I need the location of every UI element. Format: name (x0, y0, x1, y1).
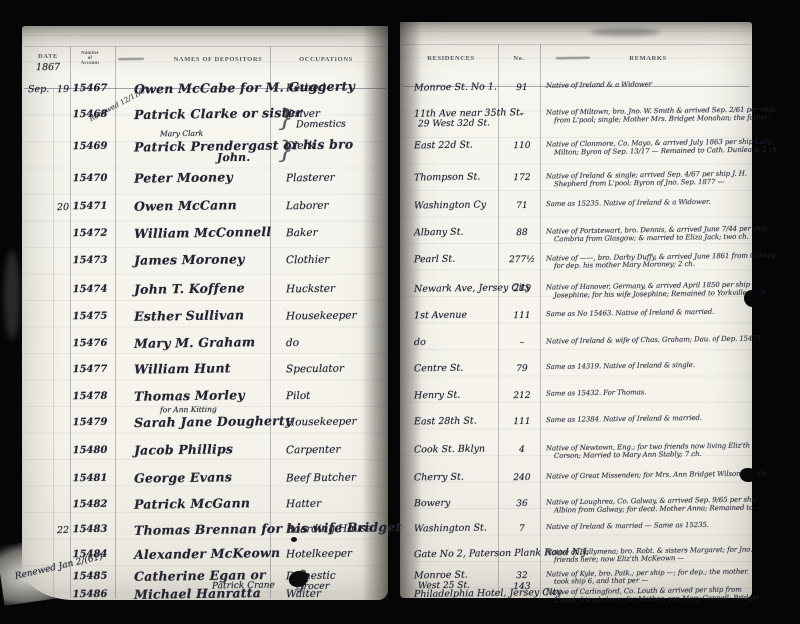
house-number: 88 (504, 228, 540, 239)
account-number: 15475 (68, 311, 112, 323)
entries-layer: Sep.1915467Owen McCabe for M. GuggertyRe… (0, 0, 800, 624)
remark: Same as 15235. Native of Ireland & a Wid… (546, 198, 711, 208)
account-number: 15479 (68, 417, 112, 429)
depositor-name: Michael Hanratta (134, 585, 261, 602)
residence: Pearl St. (414, 254, 455, 266)
house-number: 111 (504, 311, 540, 322)
depositor-name-2: John. (217, 151, 251, 164)
occupation: Baker (286, 227, 318, 239)
brace-mark: } (278, 104, 294, 132)
house-number: – (504, 338, 540, 349)
account-number: 15473 (68, 255, 112, 267)
residence: Cherry St. (414, 472, 464, 484)
remark: Same as 15432. For Thomas. (546, 388, 646, 397)
depositor-name: William Hunt (134, 360, 231, 376)
occupation: Laborer (286, 200, 329, 213)
occupation: Huckster (286, 283, 335, 296)
entry-date-month: Sep. (28, 84, 49, 95)
remark-2: Cambria from Glasgow; & married to Eliza… (554, 233, 749, 244)
house-number: 111 (504, 417, 540, 428)
residence: East 28th St. (414, 416, 477, 428)
brace-mark: } (278, 136, 294, 164)
remark: Native of Ireland & a Widower (546, 80, 652, 89)
account-number: 15467 (68, 83, 112, 95)
account-number: 15486 (68, 589, 112, 601)
house-number: 71 (504, 201, 540, 212)
residence: Centre St. (414, 363, 464, 375)
house-number: 36 (504, 499, 540, 510)
remark-2: for dep. his mother Mary Moroney; 2 ch. (554, 260, 695, 270)
residence-2: 29 West 32d St. (418, 118, 490, 129)
remark: Same as No 15463. Native of Ireland & ma… (546, 308, 714, 318)
residence: Philadelphia Hotel, Jersey City (414, 587, 562, 600)
occupation: Housekeeper (286, 310, 357, 323)
remark-2: Josephine; for his wife Josephine; Remai… (554, 289, 768, 300)
ledger-scan: DATE 1867 Number of Account NAMES OF DEP… (0, 0, 800, 624)
account-number: 15474 (68, 284, 112, 296)
depositor-name: George Evans (134, 469, 232, 485)
depositor-name: John T. Koffene (134, 280, 245, 297)
occupation: Hotelkeeper (286, 548, 352, 561)
account-number: 15470 (68, 173, 112, 185)
occupation: Pilot (286, 390, 310, 402)
occupation: Plasterer (286, 172, 335, 185)
house-number: 172 (504, 173, 540, 184)
residence: Monroe St. No 1. (414, 81, 497, 93)
house-number: 240 (504, 473, 540, 484)
house-number: 7 (504, 524, 540, 535)
remark: Same as 14319. Native of Ireland & singl… (546, 361, 695, 371)
occupation: Housekeeper (286, 416, 357, 429)
occupation: Waiter (286, 588, 321, 600)
residence: Albany St. (414, 227, 464, 239)
residence: Washington Cy (414, 199, 486, 211)
occupation: Carpenter (286, 444, 341, 457)
residence: 1st Avenue (414, 310, 467, 322)
house-number: 212 (504, 391, 540, 402)
account-number: 15483 (68, 524, 112, 536)
remark-2: from L'pool; single; Mother Mrs. Bridget… (554, 113, 769, 124)
remark: Same as 12384. Native of Ireland & marri… (546, 414, 702, 424)
occupation: Beef Butcher (286, 472, 356, 485)
account-number: 15481 (68, 473, 112, 485)
residence: Cook St. Bklyn (414, 444, 485, 456)
residence: Monroe St. (414, 570, 468, 582)
remark: Native of Ireland & married — Same as 15… (546, 521, 709, 531)
occupation: Clothier (286, 254, 329, 267)
occupation: do (286, 337, 299, 349)
house-number: – (504, 109, 540, 120)
depositor-name: Esther Sullivan (134, 307, 244, 324)
house-number: 277½ (504, 255, 540, 266)
occupation-2: Domestics (296, 119, 346, 131)
depositor-name: Owen McCann (134, 197, 237, 213)
remark-2: L'pool; friends here; for Mother; son Ma… (554, 594, 761, 605)
account-number: 15471 (68, 201, 112, 213)
remark-2: Corson; Married to Mary Ann Stably; 7 ch… (554, 450, 702, 460)
depositor-name: William McConnell (134, 224, 271, 241)
depositor-name: Jacob Phillips (134, 441, 233, 457)
remark-2: Milton; Byron of Sep. 13/17 — Remained t… (554, 145, 779, 156)
remark-2: Shepherd from L'pool; Byron of Jno. Sep.… (554, 178, 725, 188)
occupation: Speculator (286, 363, 344, 376)
house-number: 110 (504, 141, 540, 152)
residence: Thompson St. (414, 172, 480, 184)
remark: Native of Ireland & wife of Chas. Graham… (546, 334, 761, 345)
account-number: 15482 (68, 499, 112, 511)
residence: Bowery (414, 498, 451, 510)
account-number: 15485 (68, 571, 112, 583)
occupation: Hatter (286, 498, 321, 510)
remark-2: friends here; now Eliz'th McKeown — (554, 554, 684, 564)
depositor-name: Thomas Morley (134, 387, 245, 404)
account-number: 15480 (68, 445, 112, 457)
account-number: 15476 (68, 338, 112, 350)
house-number: 32 (504, 571, 540, 582)
occupation: Retired (286, 82, 326, 95)
remark-2: Albion from Galway; for decd. Mother Ann… (554, 504, 762, 515)
house-number: 91 (504, 83, 540, 94)
residence: Washington St. (414, 522, 487, 534)
depositor-name: James Moroney (134, 251, 245, 268)
occupation: Boarding House (286, 522, 372, 535)
depositor-name: Peter Mooney (134, 169, 233, 185)
depositor-name: Mary M. Graham (134, 334, 255, 351)
depositor-name: Alexander McKeown (134, 545, 280, 562)
depositor-name: Sarah Jane Dougherty (134, 413, 293, 430)
account-number: 15469 (68, 141, 112, 153)
account-number: 15472 (68, 228, 112, 240)
house-number: 215 (504, 284, 540, 295)
residence: Henry St. (414, 390, 460, 402)
account-number: 15477 (68, 364, 112, 376)
house-number: 79 (504, 364, 540, 375)
account-number: 15478 (68, 391, 112, 403)
house-number: 4 (504, 445, 540, 456)
remark-2: took ship 6, and that per — (554, 576, 648, 585)
residence: do (414, 337, 426, 348)
remark: Native of Great Missenden; for Mrs. Ann … (546, 469, 769, 480)
name-note: for Ann Kitting (160, 405, 217, 415)
depositor-name: Patrick McGann (134, 495, 250, 512)
residence: East 22d St. (414, 140, 473, 152)
name-note: Mary Clark (160, 129, 203, 139)
